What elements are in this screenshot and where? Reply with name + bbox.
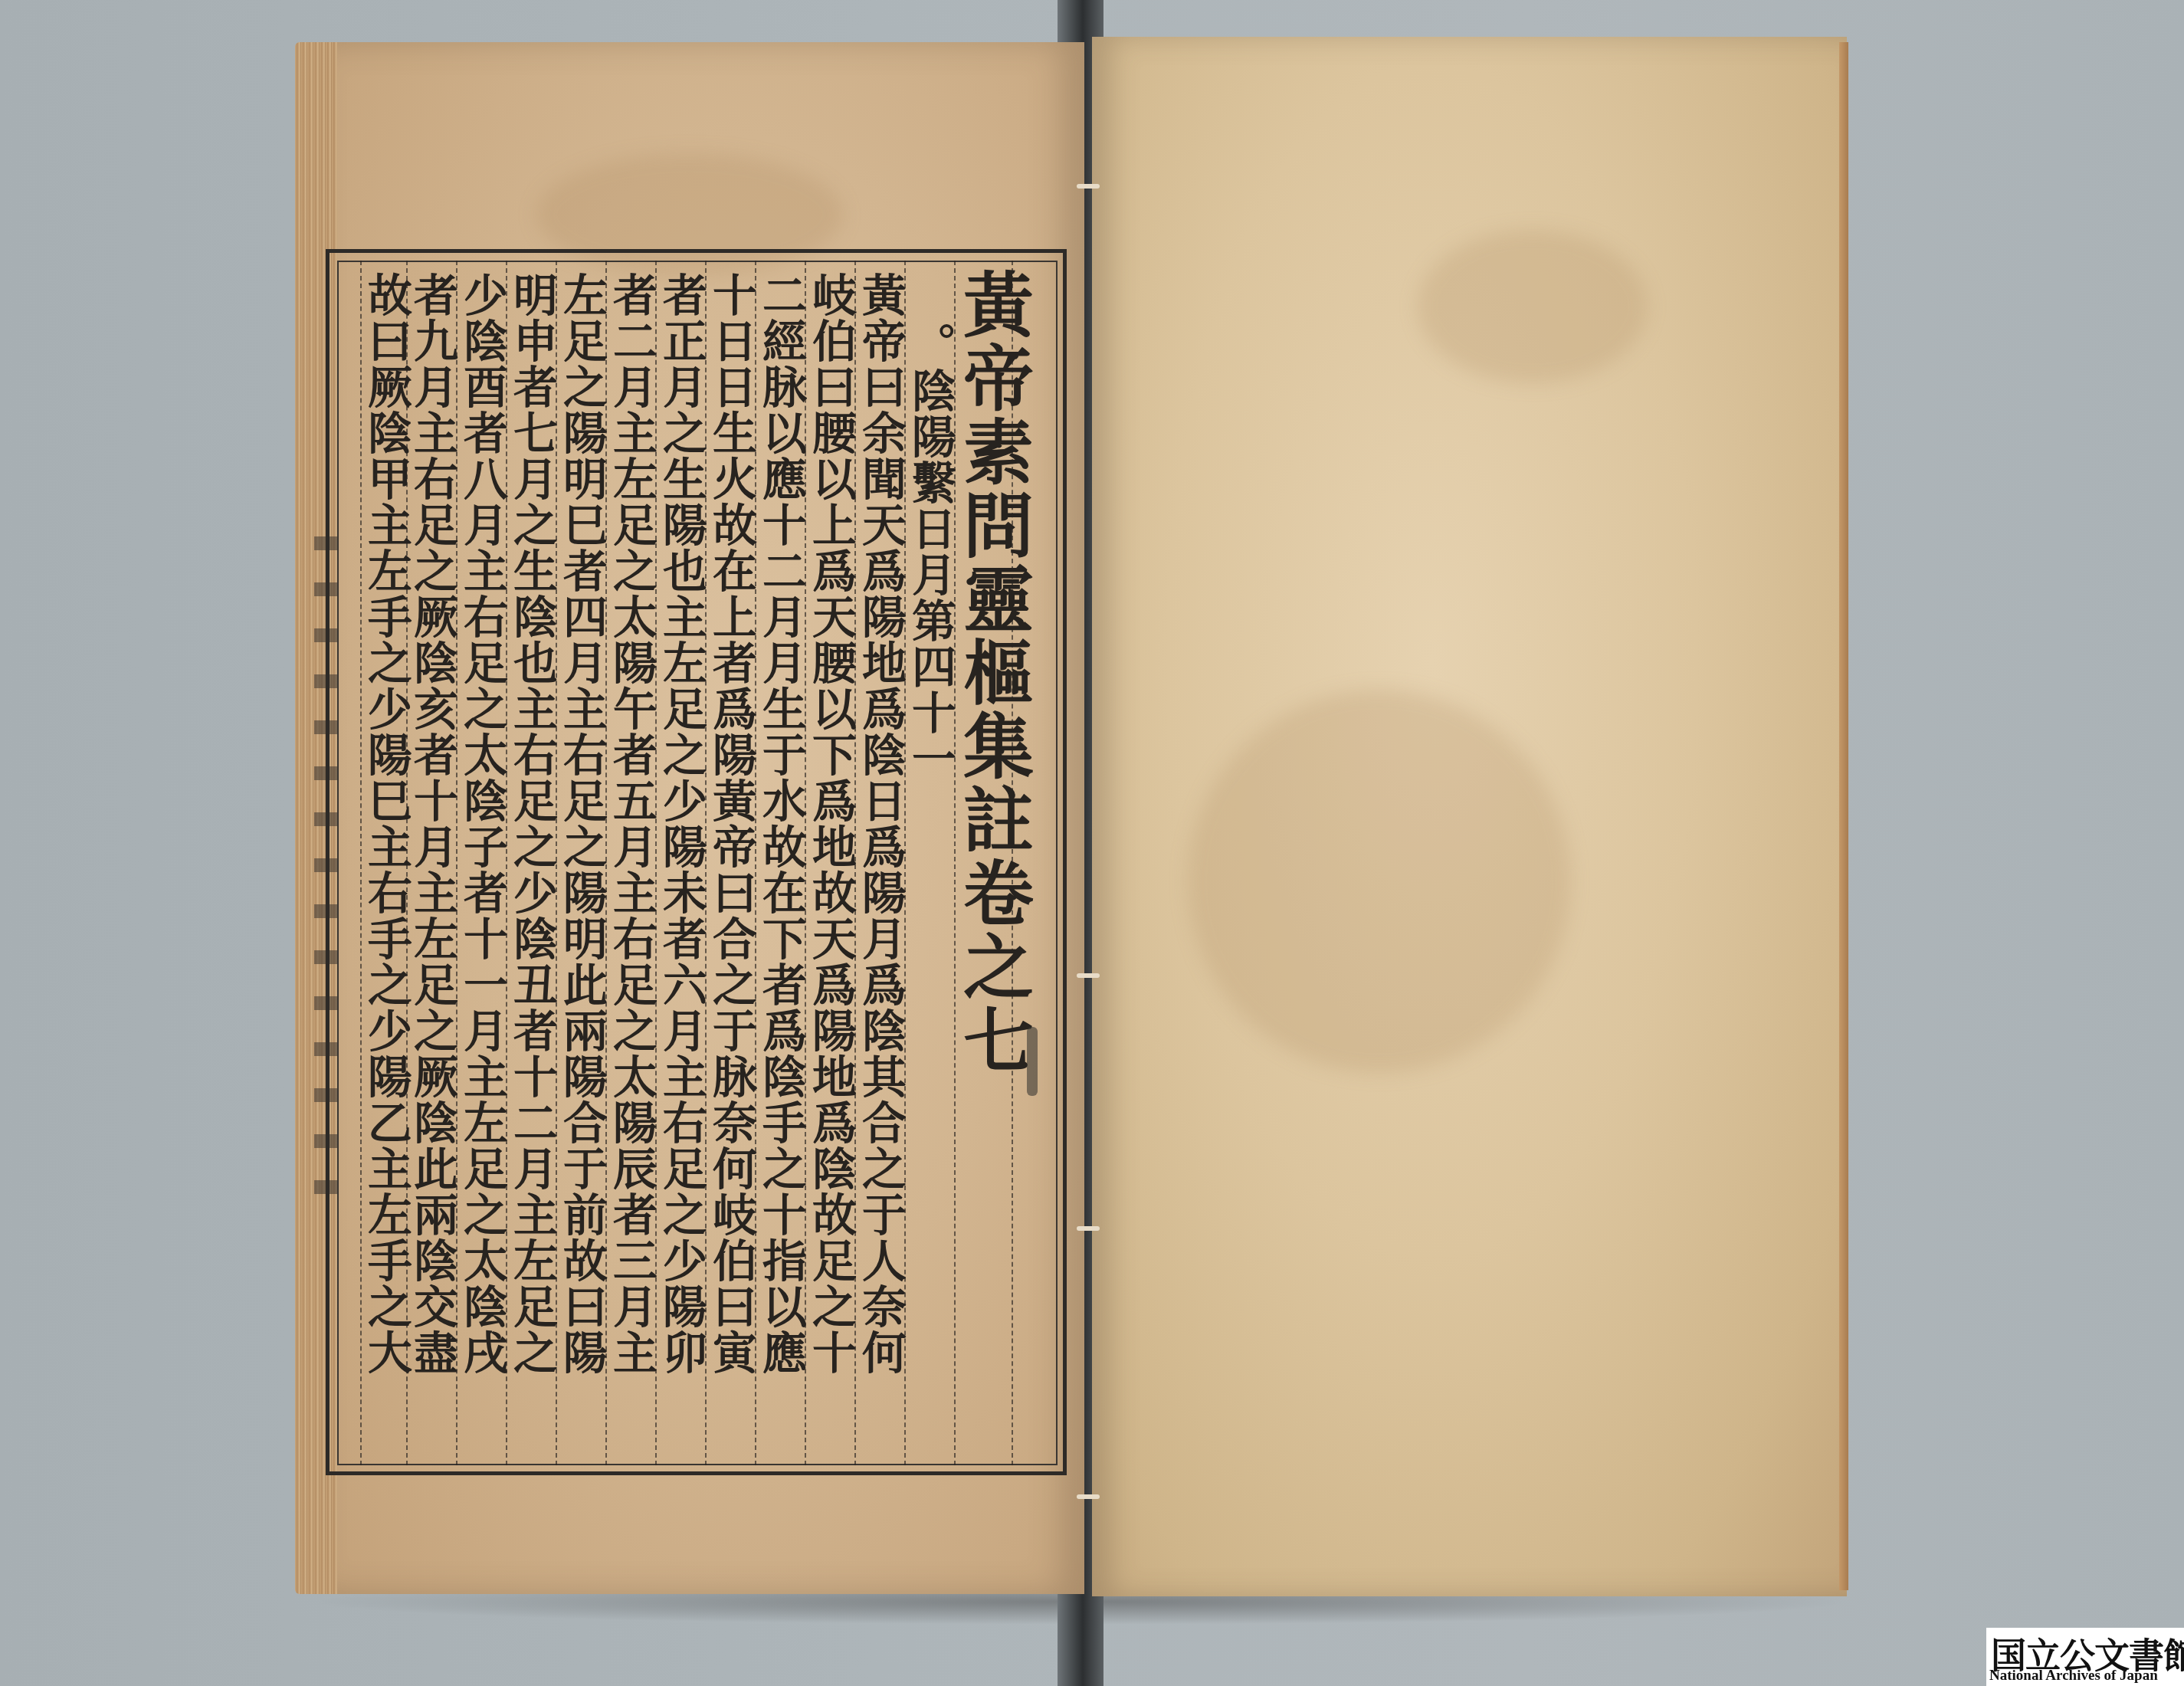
binding-stitch: [1077, 1494, 1100, 1499]
right-page-edge: [1839, 42, 1848, 1590]
text-column: 者九月主右足之厥陰亥者十月主左足之厥陰此兩陰交盡: [410, 272, 454, 1376]
paper-stain: [1418, 230, 1648, 383]
text-column: 十日日生火故在上者爲陽黃帝曰合之于脉奈何岐伯曰寅: [709, 272, 753, 1376]
watermark-english: National Archives of Japan: [1989, 1668, 2158, 1684]
binding-stitch: [1077, 973, 1100, 978]
text-column: 二經脉以應十二月月生于水故在下者爲陰手之十指以應: [759, 272, 803, 1376]
text-column: 故曰厥陰甲主左手之少陽巳主右手之少陽乙主左手之大: [364, 272, 408, 1376]
text-column: 明申者七月之生陰也主右足之少陰丑者十二月主左足之: [510, 272, 554, 1376]
archive-watermark: 国立公文書館 National Archives of Japan: [1986, 1628, 2184, 1686]
ink-tick-mark: [1027, 1027, 1038, 1096]
text-column: 少陰酉者八月主右足之太陰子者十一月主左足之太陰戌: [460, 272, 504, 1376]
volume-title: 黃帝素問靈樞集註卷之七: [958, 268, 1028, 1078]
text-column: 者二月主左足之太陽午者五月主右足之太陽辰者三月主: [609, 272, 654, 1376]
binding-stitch: [1077, 1226, 1100, 1231]
chapter-heading: 。陰陽繫日月第四十一: [908, 322, 953, 782]
text-column: 左足之陽明巳者四月主右足之陽明此兩陽合于前故曰陽: [559, 272, 604, 1376]
binding-stitch: [1077, 184, 1100, 189]
text-column: 黃帝曰余聞天爲陽地爲陰日爲陽月爲陰其合之于人奈何: [858, 272, 903, 1376]
text-column: 者正月之生陽也主左足之少陽未者六月主右足之少陽卯: [659, 272, 703, 1376]
paper-stain: [1188, 690, 1571, 1073]
text-column: 岐伯曰腰以上爲天腰以下爲地故天爲陽地爲陰故足之十: [808, 272, 853, 1376]
